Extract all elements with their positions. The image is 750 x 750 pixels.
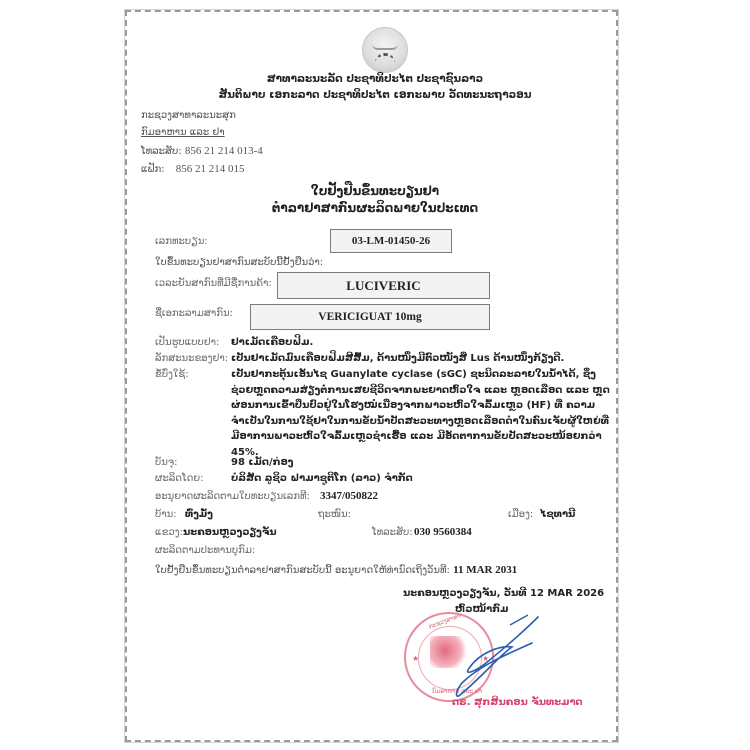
signer-name: ດຣ. ສຸກສິນຄອນ ຈັນທະມາດ [452,697,583,708]
generic-name-box: VERICIGUAT 10mg [250,304,490,330]
village-label: ບ້ານ: [155,509,177,520]
place-date: ນະຄອນຫຼວງວຽງຈັນ, ວັນທີ 12 MAR 2026 [403,588,604,599]
country-motto: ສັນຕິພາບ ເອກະລາດ ປະຊາທິປະໄຕ ເອກະພາບ ວັດທ… [0,89,750,101]
registration-number-box: 03-LM-01450-26 [330,229,452,253]
certificate-subtitle: ຕຳລາຢາສາກົນຜະລິດພາຍໃນປະເທດ [0,201,750,215]
validity-text: ໃບຢັ້ງຢືນຂຶ້ນທະບຽນຕຳລາຢາສາກົນສະບັບນີ້ ອະ… [155,564,517,576]
validity-label: ໃບຢັ້ງຢືນຂຶ້ນທະບຽນຕຳລາຢາສາກົນສະບັບນີ້ ອະ… [155,565,450,576]
certificate-title: ໃບຢັ້ງຢືນຂຶ້ນທະບຽນຢາ [0,184,750,198]
issuer-fax: ແຟັກ: 856 21 214 015 [141,163,244,175]
by-license-label: ຜະລິດຕາມປະທານບຸກົມ: [155,545,255,556]
packing: 98 ເມັດ/ກ່ອງ [231,457,293,468]
indication-label: ຂໍ້ບົ່ງໃຊ້: [155,369,189,380]
license-label: ອະນຸຍາດຜະລິດຕາມໃບທະບຽນເລກທີ: [155,491,310,502]
tel-label: ໂທລະສັບ: [372,527,413,538]
manufacturer: ບໍລິສັດ ລູຊິວ ຟາມາຊູຕິໂກ (ລາວ) ຈຳກັດ [231,473,413,484]
appearance-label: ລັກສະນະຂອງຢາ: [155,353,228,364]
lao-emblem-icon [362,27,408,73]
registration-number: 03-LM-01450-26 [352,235,430,247]
department-name: ກົມອາຫານ ແລະ ຢາ [141,127,225,138]
village: ທົ່ງມັ່ງ [185,509,213,520]
dosage-form: ຢາເມັດເຄືອບຟິມ. [231,337,313,348]
brand-name-label: ເວລະຍັນສາກົນທີ່ມີຊື່ການຄ້າ: [155,278,272,289]
packing-label: ບັນຈຸ: [155,457,178,468]
tel-value: 030 9560384 [414,526,472,538]
dosage-form-label: ເປັນຮູບແບບຢາ: [155,337,219,348]
road-label: ຖະໜົນ: [318,509,351,520]
district: ໄຊທານີ [540,509,575,520]
brand-name: LUCIVERIC [346,278,420,294]
phone-label: ໂທລະສັບ: [141,146,182,157]
registration-number-label: ເລກທະບຽນ: [155,236,208,247]
province: ນະຄອນຫຼວງວຽງຈັນ [183,527,277,538]
ministry-name: ກະຊວງສາທາລະນະສຸກ [141,110,236,121]
fax-label: ແຟັກ: [141,164,165,175]
generic-name-label: ຊື່ເອກະລາມສາກົນ: [155,308,233,319]
indication-text: ເປັນຢາກະຕຸ້ນເອັນໄຊ Guanylate cyclase (sG… [231,367,611,460]
phone-value: 856 21 214 013-4 [185,145,263,157]
issuer-phone: ໂທລະສັບ: 856 21 214 013-4 [141,145,263,157]
brand-name-box: LUCIVERIC [277,272,490,299]
province-label: ແຂວງ: [155,527,183,538]
fax-value: 856 21 214 015 [176,163,245,175]
place-date-text: ນະຄອນຫຼວງວຽງຈັນ, ວັນທີ 12 MAR 2026 [403,588,604,599]
appearance: ເປັນຢາເມັດມົນເຄືອບຟິມສີສົ້ມ, ດ້ານໜຶ່ງມີຕ… [231,353,564,364]
certify-text: ໃບຂຶ້ນທະບຽນຢາສາກົນສະບັບນີ້ຢັ້ງຢືນວ່າ: [155,257,323,268]
manufacturer-label: ຜະລິດໂດຍ: [155,473,204,484]
district-label: ເມືອງ: [508,509,533,520]
validity-date: 11 MAR 2031 [453,564,517,576]
signature-icon [440,605,550,705]
license-number: 3347/050822 [320,490,378,502]
generic-name: VERICIGUAT 10mg [318,311,421,323]
country-name: ສາທາລະນະລັດ ປະຊາທິປະໄຕ ປະຊາຊົນລາວ [0,73,750,85]
